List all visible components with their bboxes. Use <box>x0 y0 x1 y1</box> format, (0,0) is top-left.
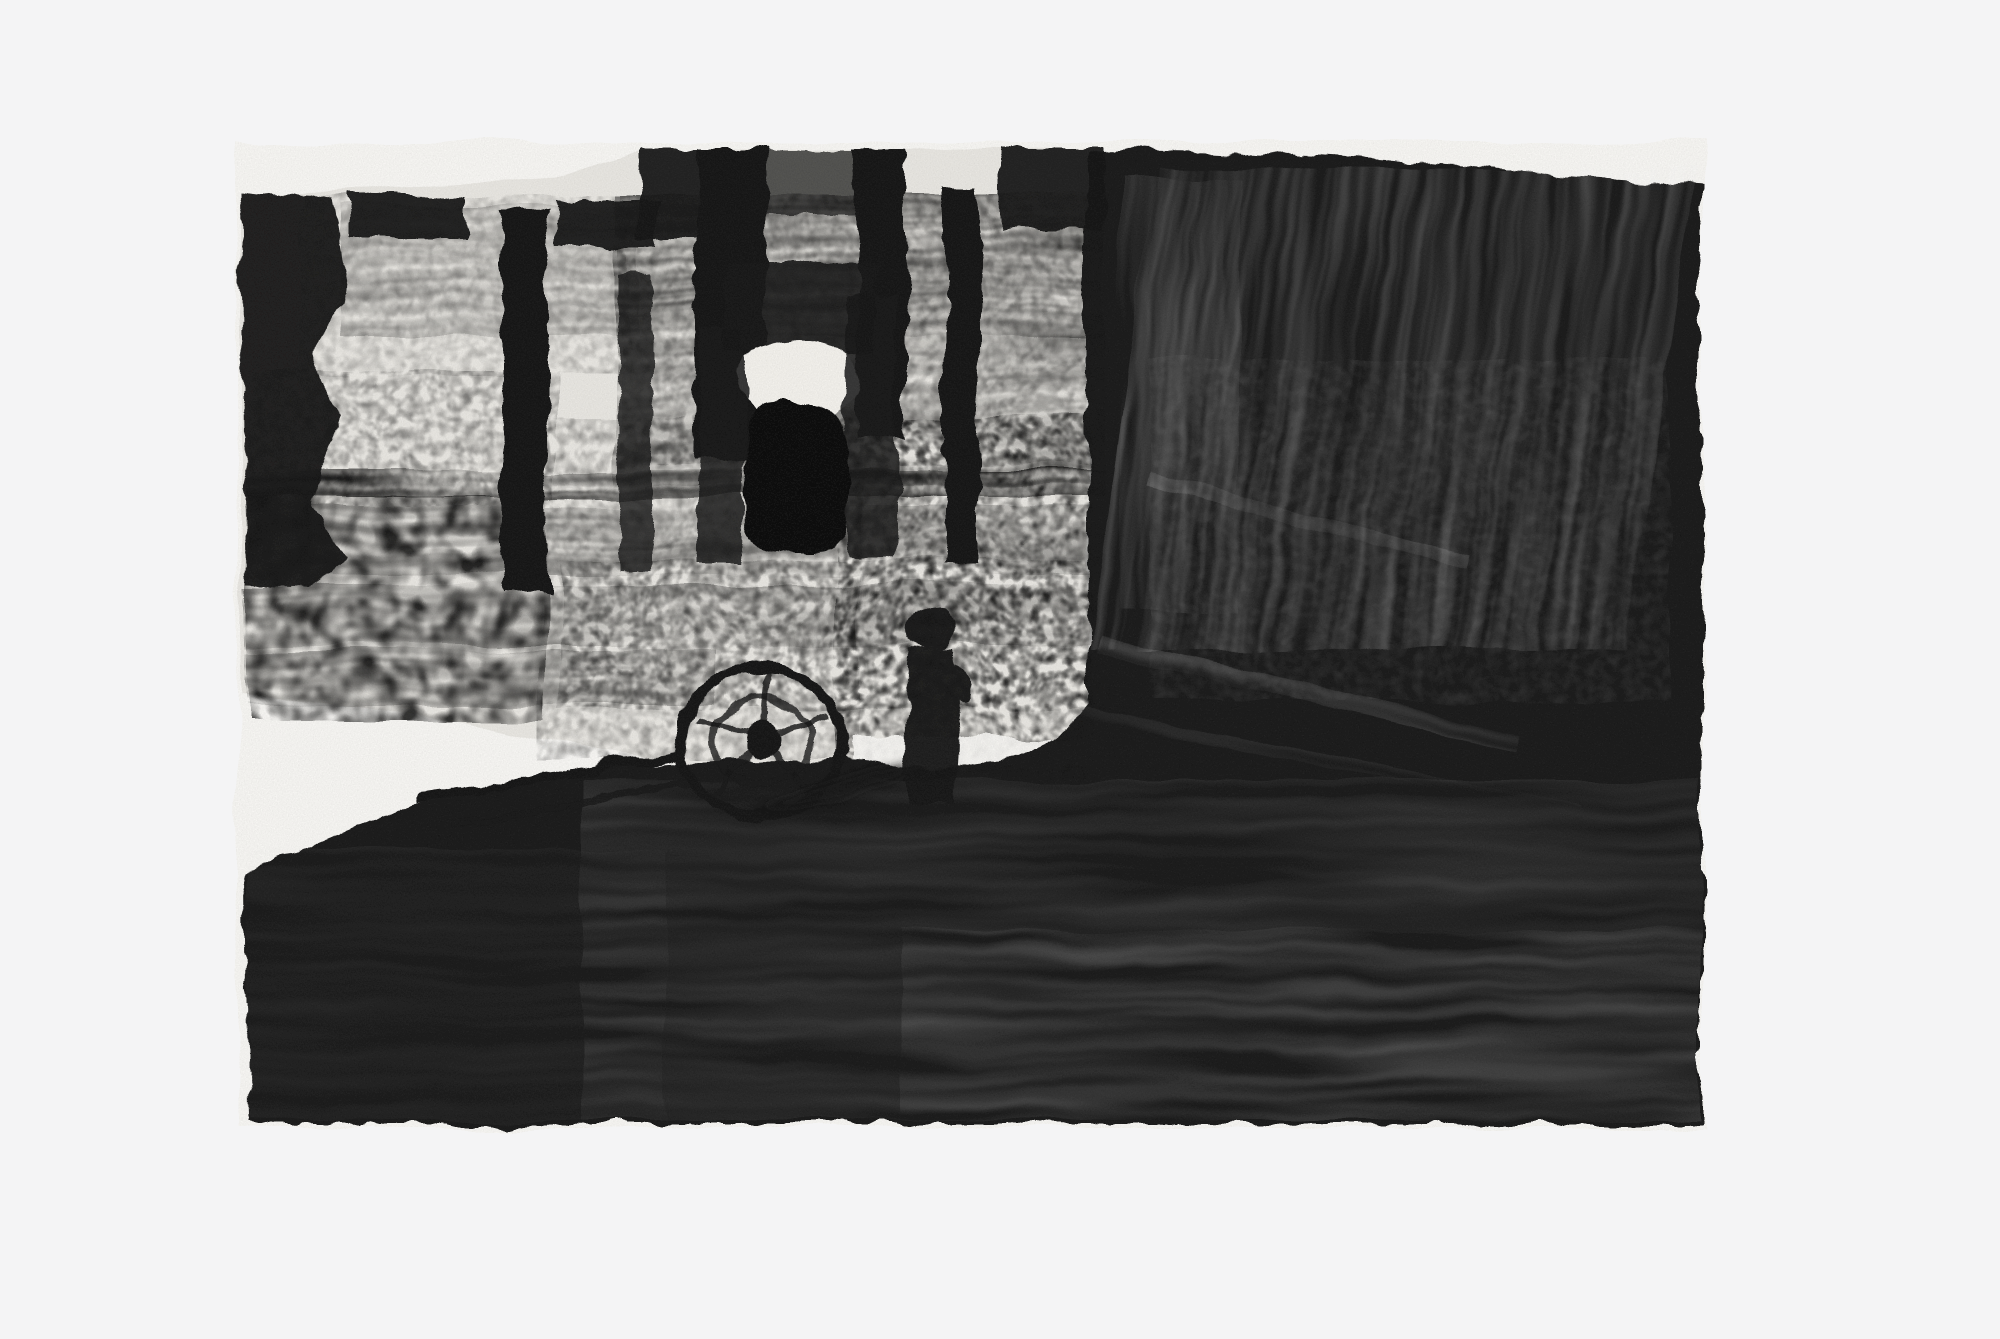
artwork-canvas <box>0 0 2000 1339</box>
monotype-print <box>236 142 1704 1128</box>
print-grain-light <box>236 142 1704 1128</box>
page-background <box>0 0 2000 1339</box>
